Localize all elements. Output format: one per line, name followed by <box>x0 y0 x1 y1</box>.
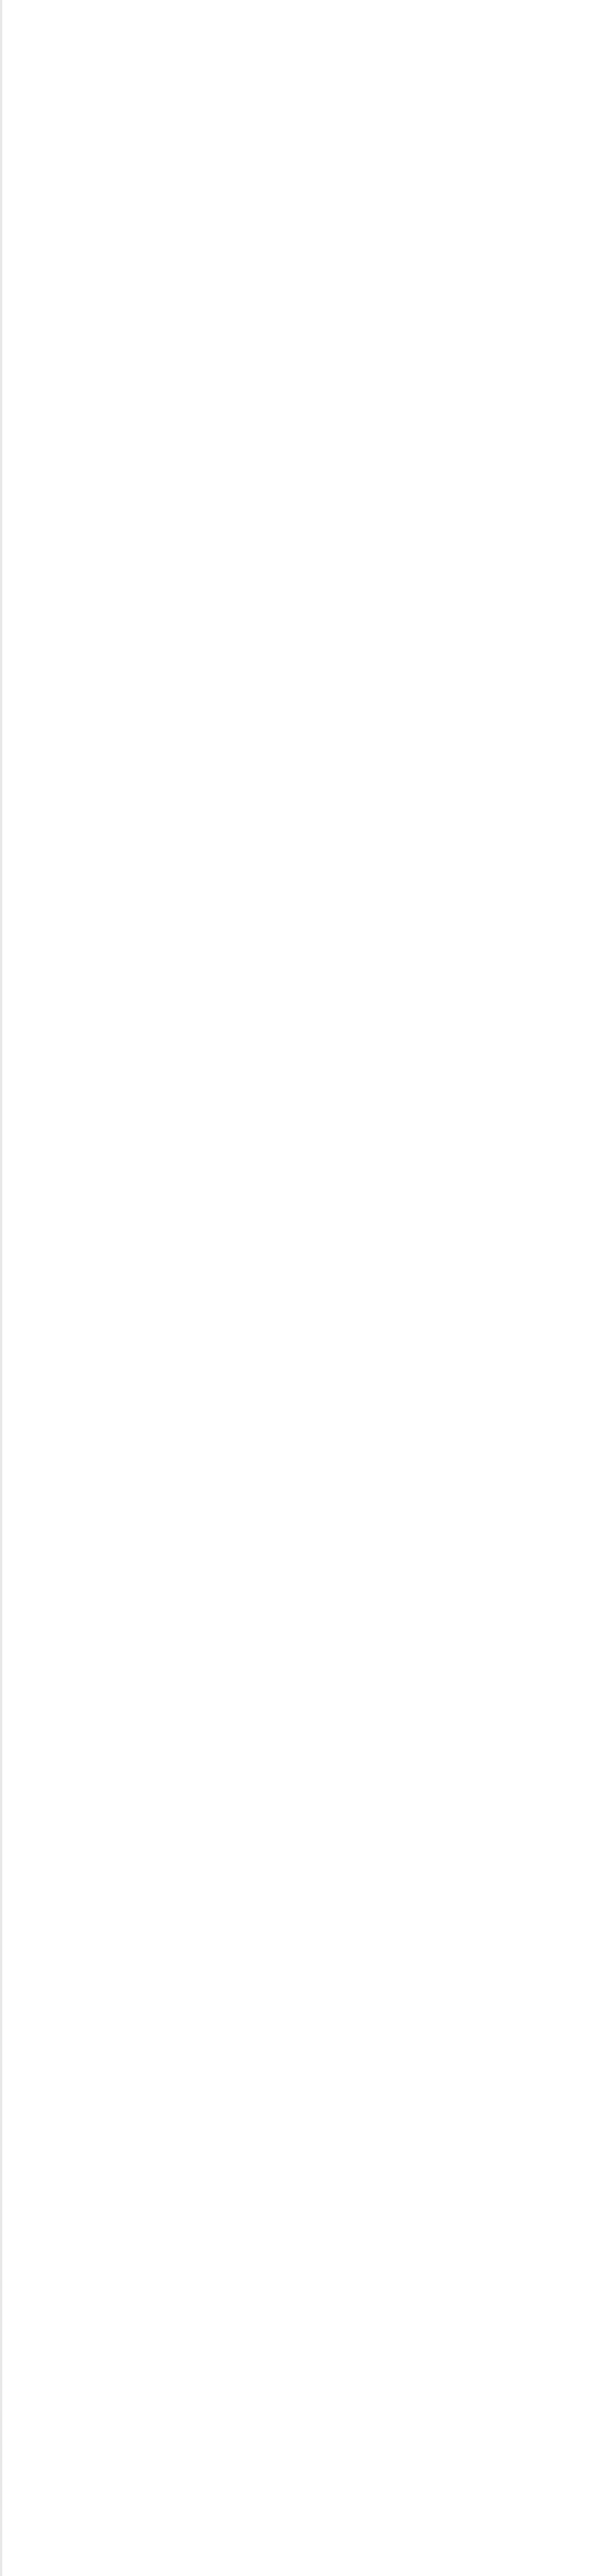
page-edge <box>0 0 2 2576</box>
